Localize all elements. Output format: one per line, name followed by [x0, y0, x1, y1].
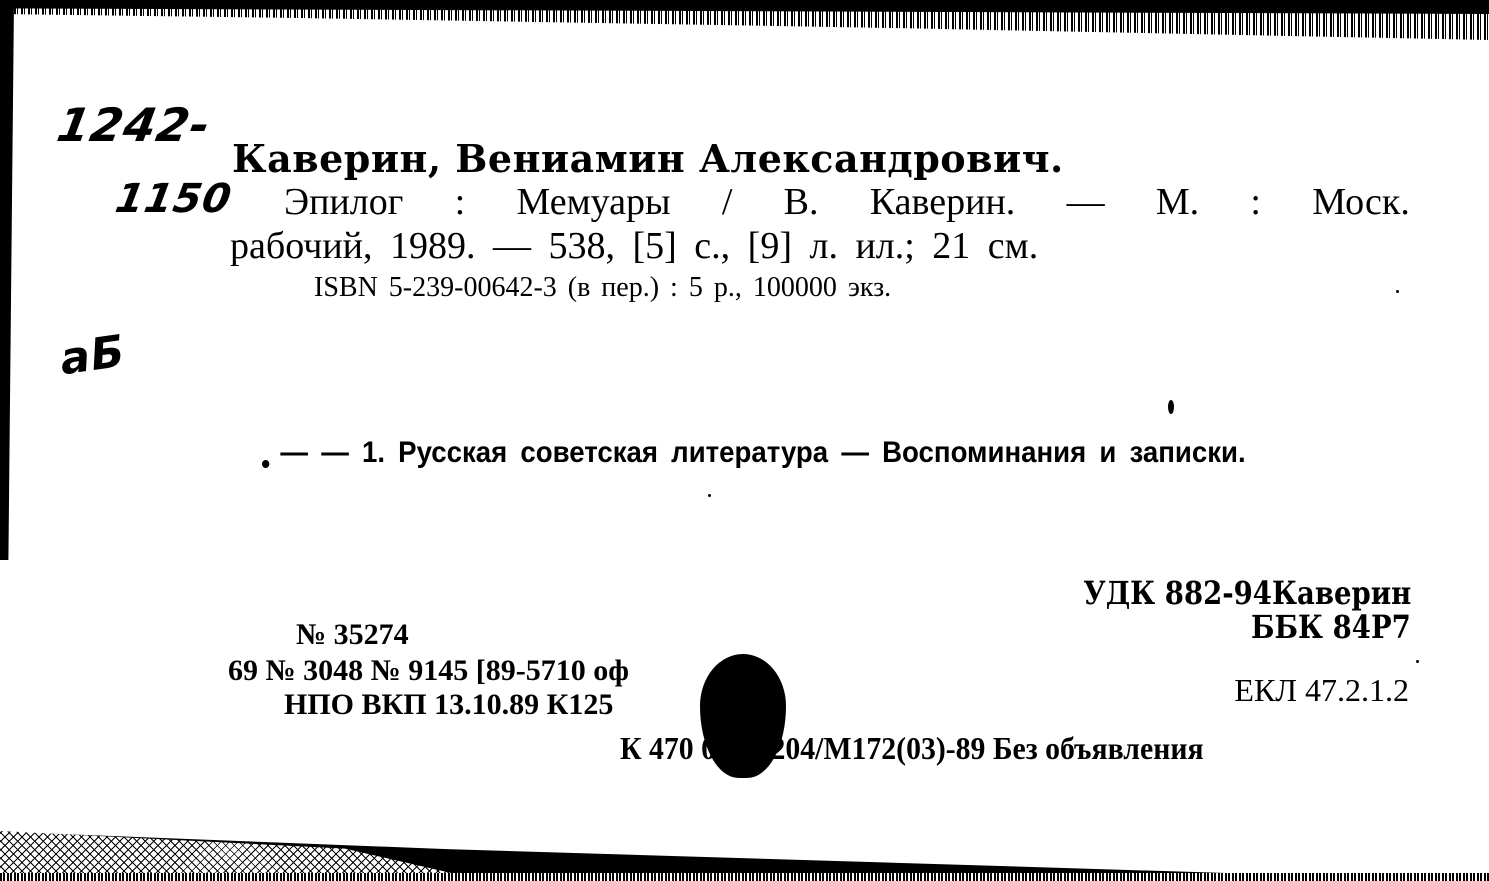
publication-details: рабочий, 1989. — 538, [5] с., [9] л. ил.… [230, 224, 1038, 268]
title-word: М. [1156, 180, 1199, 224]
printing-info: НПО ВКП 13.10.89 К125 [284, 688, 613, 722]
scan-edge-bottom-strip [0, 873, 1489, 881]
handwritten-shelfmark-bottom: 1150 [112, 176, 235, 222]
ekl-classification: ЕКЛ 47.2.1.2 [1234, 672, 1409, 709]
title-word: — [1067, 180, 1105, 224]
isbn-price-line: ISBN 5-239-00642-3 (в пер.) : 5 р., 1000… [314, 272, 891, 304]
title-word: В. [784, 180, 819, 224]
title-word: Эпилог [230, 180, 403, 224]
handwritten-shelfmark-top: 1242- [53, 98, 215, 152]
title-word: Мемуары [516, 180, 670, 224]
bullet-mark-icon [262, 460, 269, 468]
order-numbers: 69 № 3048 № 9145 [89-5710 оф [228, 654, 629, 688]
handwritten-initials: аБ [57, 326, 129, 386]
ink-speck [1396, 290, 1399, 293]
library-catalog-card: 1242- 1150 аБ Каверин, Вениамин Александ… [0, 0, 1489, 881]
title-statement: Эпилог : Мемуары / В. Каверин. — М. : Мо… [230, 180, 1410, 224]
title-word: : [1250, 180, 1261, 224]
ink-blot [700, 654, 786, 778]
udk-classification: УДК 882-94Каверин [1083, 574, 1411, 612]
scan-edge-left [0, 0, 14, 560]
ink-speck [1168, 400, 1174, 414]
title-word: : [455, 180, 466, 224]
title-word: Моск. [1312, 180, 1410, 224]
title-word: / [722, 180, 733, 224]
author-heading: Каверин, Вениамин Александрович. [232, 136, 1064, 181]
ink-speck [708, 494, 711, 497]
card-number: № 35274 [296, 618, 409, 652]
bbk-classification: ББК 84Р7 [1251, 608, 1411, 646]
title-word: Каверин. [870, 180, 1015, 224]
ink-speck [1416, 660, 1419, 663]
subject-heading: — — 1. Русская советская литература — Во… [262, 436, 1246, 470]
subject-text: — — 1. Русская советская литература — Во… [280, 436, 1245, 469]
